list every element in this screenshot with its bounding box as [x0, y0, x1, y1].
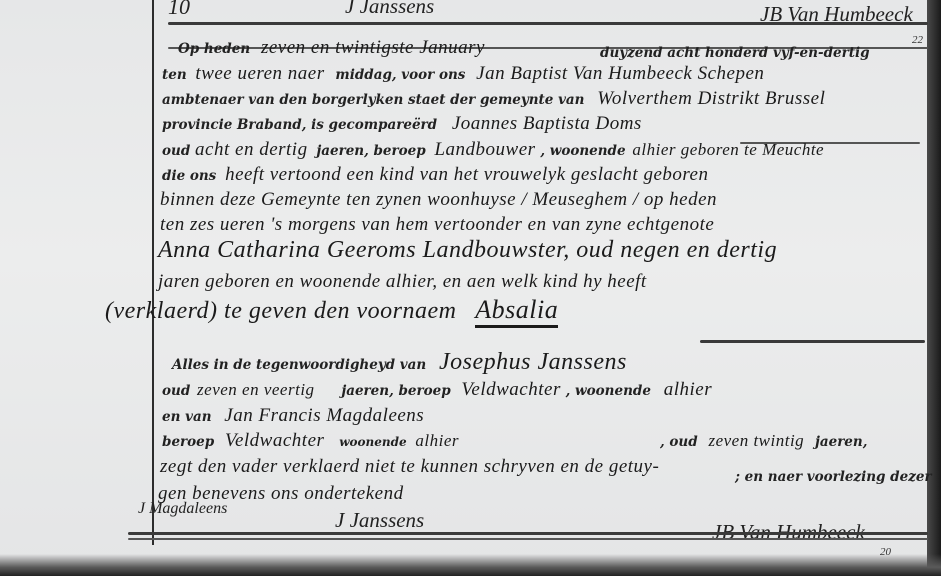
handwritten-text: zegt den vader verklaerd niet te kunnen … — [160, 456, 659, 477]
handwritten-officer: Jan Baptist Van Humbeeck Schepen — [476, 63, 764, 84]
printed-text: en van — [162, 409, 212, 425]
entry-separator-top — [168, 22, 928, 25]
previous-entry-scribble: 10 — [168, 0, 190, 20]
handwritten-occupation: Landbouwer — [434, 139, 535, 160]
printed-text: woonende — [339, 435, 406, 449]
witness-line-4: beroep Veldwachter woonende alhier — [162, 431, 459, 452]
handwritten-text: (verklaerd) te geven den voornaem — [105, 298, 456, 324]
printed-text: oud — [162, 383, 190, 399]
handwritten-text: heeft vertoond een kind van het vrouwely… — [225, 164, 708, 185]
witness-2-signature: J Magdaleens — [138, 500, 227, 518]
page-mark: 20 — [880, 546, 891, 558]
witness-line-5-right: ; en naer voorlezing dezer — [735, 466, 932, 487]
entry-line-2: ten twee ueren naer middag, voor ons Jan… — [162, 64, 764, 85]
entry-line-8: ten zes ueren 's morgens van hem vertoon… — [160, 215, 714, 235]
handwritten-witness-1-residence: alhier — [664, 379, 712, 400]
previous-page-mark: 22 — [912, 34, 923, 46]
printed-text: ambtenaer van den borgerlyken staet der … — [162, 92, 584, 108]
witness-line-1: Alles in de tegenwoordigheyd van Josephu… — [172, 352, 627, 375]
register-page: 10 J Janssens JB Van Humbeeck 22 Op hede… — [0, 0, 941, 576]
entry-line-9: Anna Catharina Geeroms Landbouwster, oud… — [158, 240, 777, 260]
witness-line-5: zegt den vader verklaerd niet te kunnen … — [160, 457, 659, 477]
printed-text: , oud — [660, 434, 698, 450]
printed-text: jaeren, beroep — [341, 383, 450, 399]
handwritten-witness-2-age: zeven twintig — [708, 431, 804, 450]
handwritten-age: acht en dertig — [195, 139, 308, 160]
printed-text: Alles in de tegenwoordigheyd van — [172, 357, 426, 373]
printed-text: provincie Braband, is gecompareërd — [162, 117, 437, 133]
handwritten-hour: twee ueren naer — [195, 63, 324, 84]
handwritten-witness-1: Josephus Janssens — [439, 349, 627, 375]
printed-text: , woonende — [540, 143, 625, 159]
witness-line-3: en van Jan Francis Magdaleens — [162, 406, 424, 427]
entry-line-5: oud acht en dertig jaeren, beroep Landbo… — [162, 140, 824, 161]
printed-text: oud — [162, 143, 190, 159]
page-edge-shadow — [927, 0, 941, 576]
printed-text: , woonende — [566, 383, 651, 399]
printed-text: die ons — [162, 168, 216, 184]
printed-text: jaeren, beroep — [316, 143, 425, 159]
entry-separator-bottom — [128, 532, 928, 535]
handwritten-witness-1-age: zeven en veertig — [197, 380, 315, 399]
printed-text: jaeren, — [815, 434, 867, 450]
handwritten-witness-2: Jan Francis Magdaleens — [224, 405, 424, 426]
printed-text: Op heden — [178, 41, 250, 57]
entry-line-10: jaren geboren en woonende alhier, en aen… — [158, 272, 647, 292]
entry-line-1: Op heden zeven en twintigste January — [178, 38, 485, 59]
printed-year: duyzend acht honderd vyf-en-dertig — [600, 45, 870, 61]
entry-line-7: binnen deze Gemeynte ten zynen woonhuyse… — [160, 190, 717, 210]
printed-text: beroep — [162, 434, 214, 450]
page-bottom-shadow — [0, 554, 941, 576]
child-first-name: Absalia — [475, 295, 558, 328]
entry-separator-bottom-2 — [128, 538, 928, 540]
printed-text: ten — [162, 67, 187, 83]
handwritten-witness-1-occupation: Veldwachter — [461, 379, 560, 400]
handwritten-witness-2-occupation: Veldwachter — [225, 430, 324, 451]
margin-rule — [152, 0, 154, 545]
previous-witness-signature: J Janssens — [345, 0, 434, 19]
handwritten-declarant: Joannes Baptista Doms — [452, 113, 642, 134]
handwritten-municipality: Wolverthem Distrikt Brussel — [597, 88, 825, 109]
entry-line-1-right: duyzend acht honderd vyf-en-dertig — [600, 42, 870, 63]
witness-line-2: oud zeven en veertig jaeren, beroep Veld… — [162, 380, 712, 401]
handwritten-witness-2-residence: alhier — [415, 431, 459, 450]
handwritten-date: zeven en twintigste January — [261, 37, 485, 58]
witness-line-3-right: , oud zeven twintig jaeren, — [660, 431, 867, 452]
printed-text: ; en naer voorlezing dezer — [735, 469, 932, 485]
handwritten-residence: alhier geboren te Meuchte — [632, 140, 824, 159]
entry-line-11: (verklaerd) te geven den voornaem Absali… — [105, 300, 558, 323]
entry-line-4: provincie Braband, is gecompareërd Joann… — [162, 114, 642, 135]
entry-line-6: die ons heeft vertoond een kind van het … — [162, 165, 709, 186]
witness-1-signature: J Janssens — [335, 508, 424, 533]
printed-text: middag, voor ons — [335, 67, 465, 83]
fill-line — [700, 340, 925, 343]
entry-line-3: ambtenaer van den borgerlyken staet der … — [162, 89, 825, 110]
